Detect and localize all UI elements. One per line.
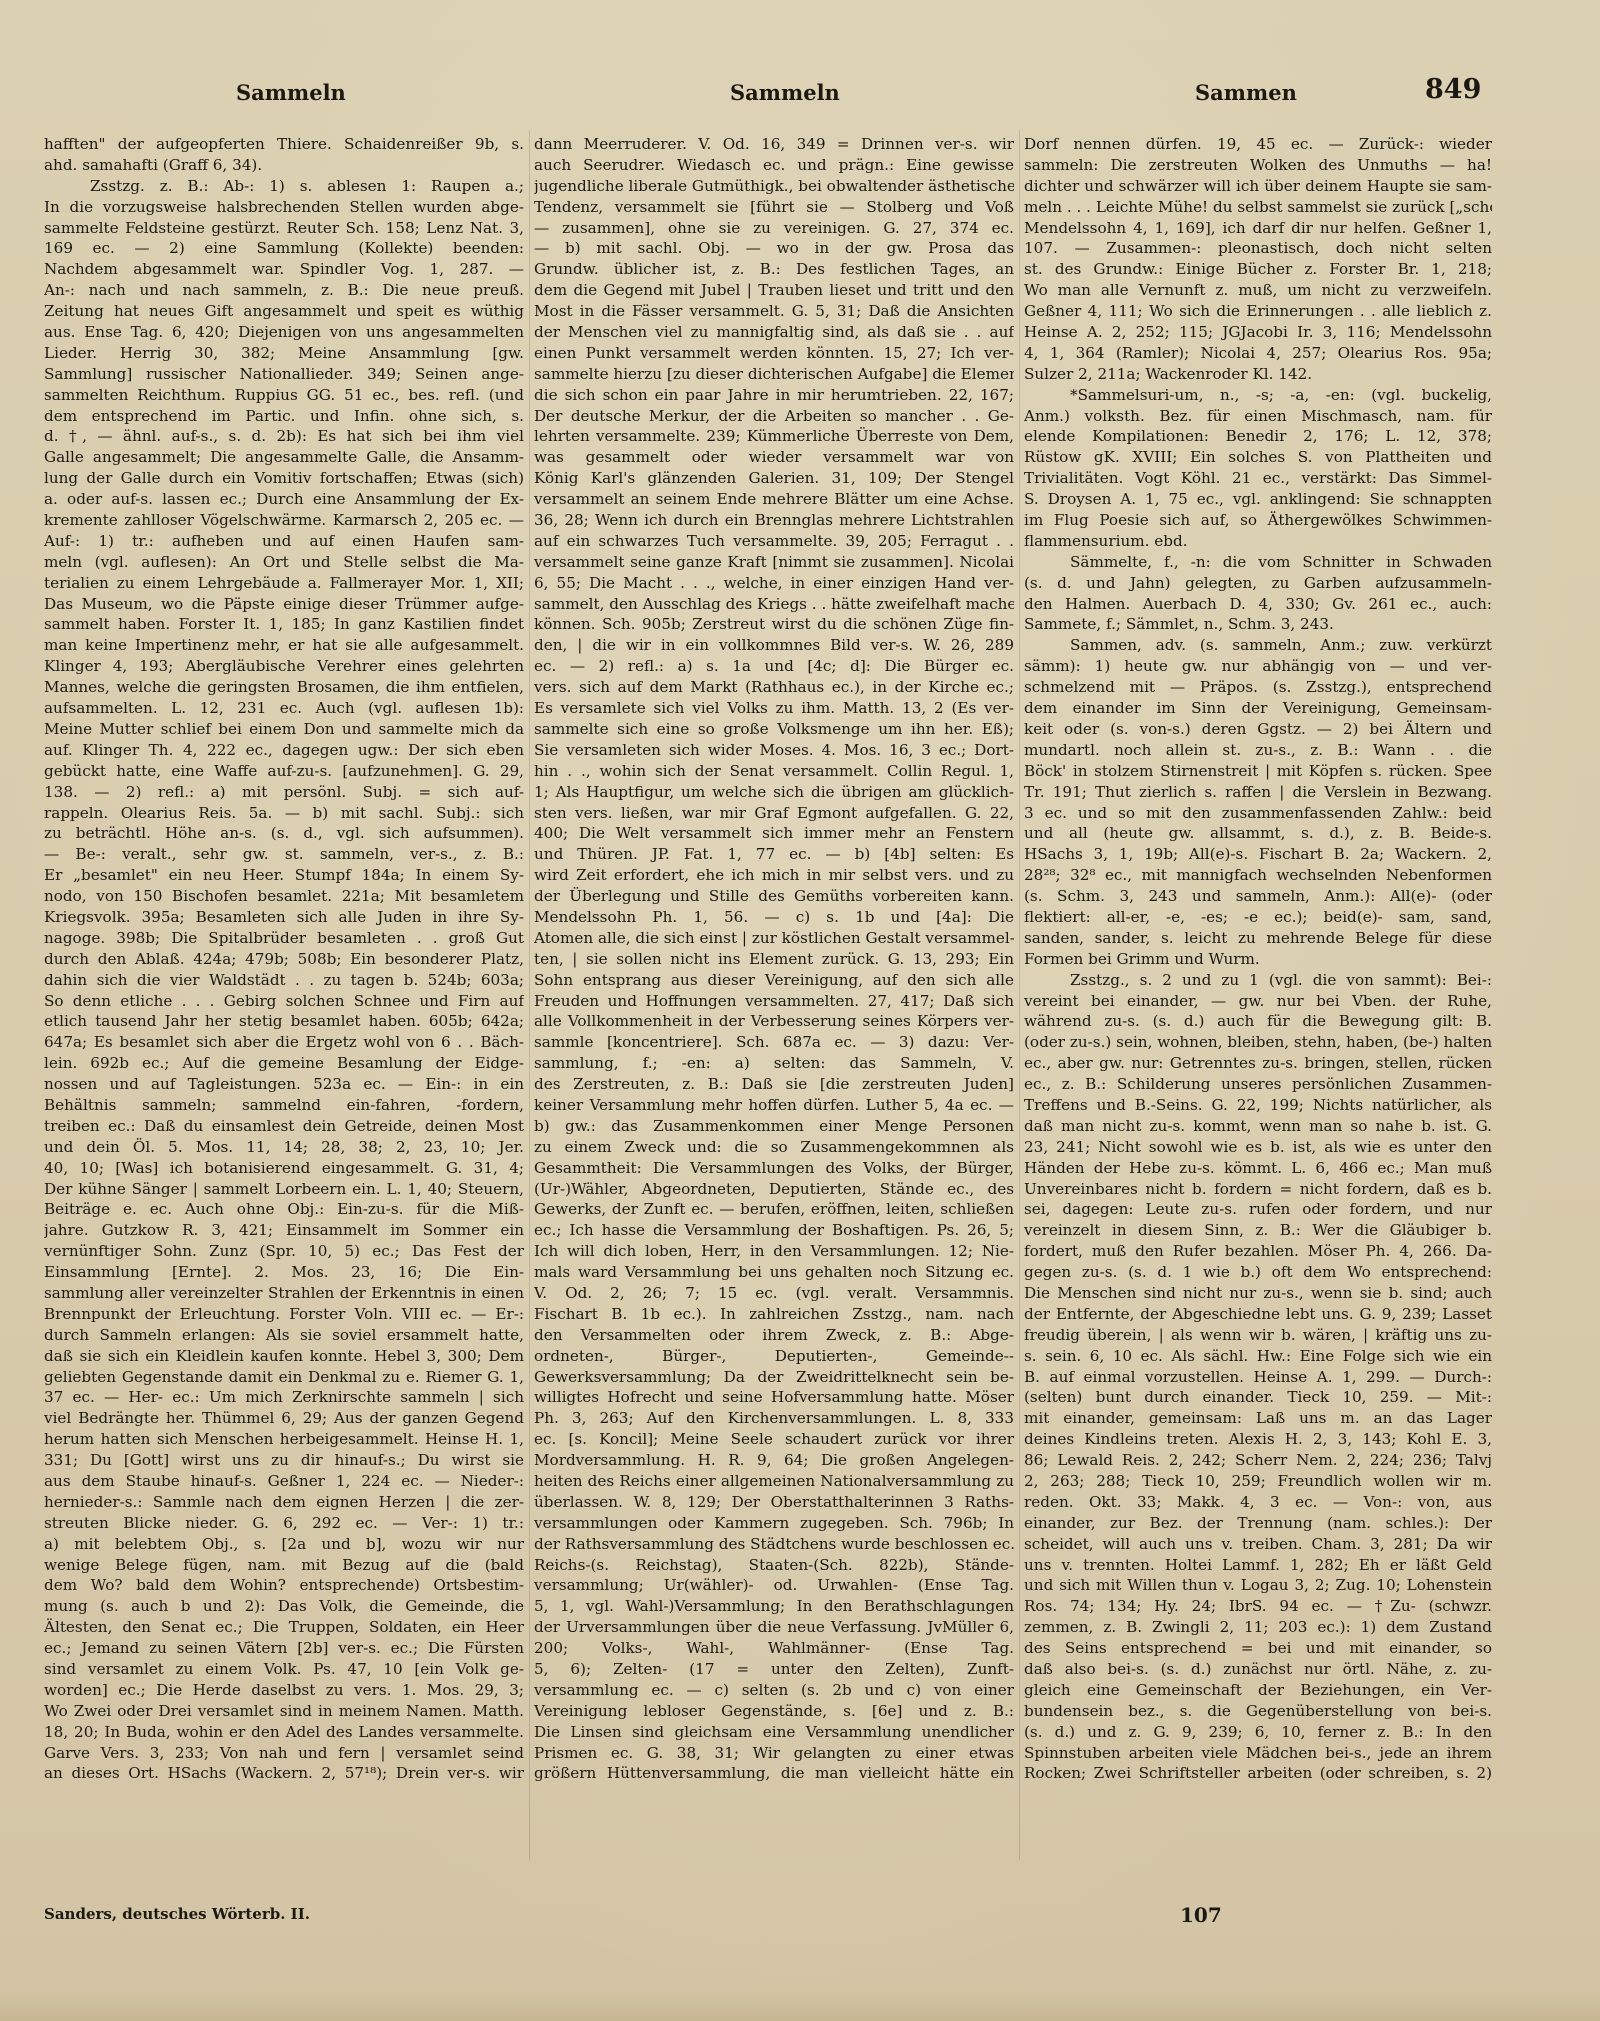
text-line: jahre. Gutzkow R. 3, 421; Einsammelt im …: [44, 1220, 524, 1241]
text-line: im Flug Poesie sich auf, so Äthergewölke…: [1024, 510, 1492, 531]
text-line: sammelte sich eine so große Volksmenge u…: [534, 719, 1014, 740]
text-line: flammensurium. ebd.: [1024, 531, 1492, 552]
text-line: versammlung ec. — c) selten (s. 2b und c…: [534, 1680, 1014, 1701]
text-line: 36, 28; Wenn ich durch ein Brennglas meh…: [534, 510, 1014, 531]
text-line: hafften" der aufgeopferten Thiere. Schai…: [44, 134, 524, 155]
text-line: Anm.) volksth. Bez. für einen Mischmasch…: [1024, 406, 1492, 427]
text-line: nodo, von 150 Bischofen besamlet. 221a; …: [44, 886, 524, 907]
text-line: flektiert: all-er, -e, -es; -e ec.); bei…: [1024, 907, 1492, 928]
text-line: streuten Blicke nieder. G. 6, 292 ec. — …: [44, 1513, 524, 1534]
text-line: Meine Mutter schlief bei einem Don und s…: [44, 719, 524, 740]
text-line: nagoge. 398b; Die Spitalbrüder besamlete…: [44, 928, 524, 949]
text-line: keit oder (s. von-s.) deren Ggstz. — 2) …: [1024, 719, 1492, 740]
text-line: Böck' in stolzem Stirnenstreit | mit Köp…: [1024, 761, 1492, 782]
text-line: *Sammelsuri-um, n., -s; -a, -en: (vgl. b…: [1024, 385, 1492, 406]
text-line: sammlung, f.; -en: a) selten: das Sammel…: [534, 1053, 1014, 1074]
text-line: Die Linsen sind gleichsam eine Versammlu…: [534, 1722, 1014, 1743]
text-line: daß also bei-s. (s. d.) zunächst nur ört…: [1024, 1659, 1492, 1680]
text-line: Most in die Fässer versammelt. G. 5, 31;…: [534, 301, 1014, 322]
text-line: aus. Ense Tag. 6, 420; Diejenigen von un…: [44, 322, 524, 343]
text-line: s. sein. 6, 10 ec. Als sächl. Hw.: Eine …: [1024, 1346, 1492, 1367]
text-line: daß sie sich ein Kleidlein kaufen konnte…: [44, 1346, 524, 1367]
text-line: die sich schon ein paar Jahre in mir her…: [534, 385, 1014, 406]
text-line: sammelte Feldsteine gestürzt. Reuter Sch…: [44, 218, 524, 239]
text-line: Auf-: 1) tr.: aufheben und auf einen Hau…: [44, 531, 524, 552]
text-line: viel Bedrängte her. Thümmel 6, 29; Aus d…: [44, 1408, 524, 1429]
text-line: lein. 692b ec.; Auf die gemeine Besamlun…: [44, 1053, 524, 1074]
text-line: auch Seerudrer. Wiedasch ec. und prägn.:…: [534, 155, 1014, 176]
text-line: Zsstzg. z. B.: Ab-: 1) s. ablesen 1: Rau…: [44, 176, 524, 197]
text-line: Grundw. üblicher ist, z. B.: Des festlic…: [534, 259, 1014, 280]
text-line: Das Museum, wo die Päpste einige dieser …: [44, 594, 524, 615]
text-line: freudig überein, | als wenn wir b. wären…: [1024, 1325, 1492, 1346]
text-line: S. Droysen A. 1, 75 ec., vgl. anklingend…: [1024, 489, 1492, 510]
text-line: Gesammtheit: Die Versammlungen des Volks…: [534, 1158, 1014, 1179]
text-line: d. †, — ähnl. auf-s., s. d. 2b): Es hat …: [44, 426, 524, 447]
text-line: Garve Vers. 3, 233; Von nah und fern | v…: [44, 1743, 524, 1764]
text-line: willigtes Hofrecht und seine Hofversamml…: [534, 1387, 1014, 1408]
text-line: herum hatten sich Menschen herbeigesamme…: [44, 1429, 524, 1450]
text-line: Behältnis sammeln; sammelnd ein-fahren, …: [44, 1095, 524, 1116]
text-line: hin . ., wohin sich der Senat versammelt…: [534, 761, 1014, 782]
text-line: Wo Zwei oder Drei versamlet sind in mein…: [44, 1701, 524, 1722]
text-line: aufsammelten. L. 12, 231 ec. Auch (vgl. …: [44, 698, 524, 719]
text-line: mung (s. auch b und 2): Das Volk, die Ge…: [44, 1596, 524, 1617]
text-line: meln (vgl. auflesen): An Ort und Stelle …: [44, 552, 524, 573]
text-line: und all (heute gw. allsammt, s. d.), z. …: [1024, 823, 1492, 844]
text-line: was gesammelt oder wieder versammelt war…: [534, 447, 1014, 468]
text-line: Der deutsche Merkur, der die Arbeiten so…: [534, 406, 1014, 427]
text-line: aus dem Staube hinauf-s. Geßner 1, 224 e…: [44, 1471, 524, 1492]
text-line: meln . . . Leichte Mühe! du selbst samme…: [1024, 197, 1492, 218]
text-line: 2, 263; 288; Tieck 10, 259; Freundlich w…: [1024, 1471, 1492, 1492]
text-line: sammelt, den Ausschlag des Kriegs . . hä…: [534, 594, 1014, 615]
text-line: Kriegsvolk. 395a; Besamleten sich alle J…: [44, 907, 524, 928]
text-line: alle Vollkommenheit in der Verbesserung …: [534, 1011, 1014, 1032]
text-line: Trivialitäten. Vogt Köhl. 21 ec., verstä…: [1024, 468, 1492, 489]
text-line: ec.; Jemand zu seinen Vätern [2b] ver-s.…: [44, 1638, 524, 1659]
text-line: Ros. 74; 134; Hy. 24; IbrS. 94 ec. — †Zu…: [1024, 1596, 1492, 1617]
text-line: Einsammlung [Ernte]. 2. Mos. 23, 16; Die…: [44, 1262, 524, 1283]
text-line: ec., aber gw. nur: Getrenntes zu-s. brin…: [1024, 1053, 1492, 1074]
text-line: Ältesten, den Senat ec.; Die Truppen, So…: [44, 1617, 524, 1638]
text-column-3: Dorf nennen dürfen. 19, 45 ec. — Zurück-…: [1024, 134, 1492, 1784]
text-line: Die Menschen sind nicht nur zu-s., wenn …: [1024, 1283, 1492, 1304]
text-line: Rüstow gK. XVIII; Ein solches S. von Pla…: [1024, 447, 1492, 468]
text-line: sei, dagegen: Leute zu-s. rufen oder for…: [1024, 1199, 1492, 1220]
text-line: des Seins entsprechend = bei und mit ein…: [1024, 1638, 1492, 1659]
text-line: Es versamlete sich viel Volks zu ihm. Ma…: [534, 698, 1014, 719]
text-line: Sammlung] russischer Nationallieder. 349…: [44, 364, 524, 385]
text-line: Spinnstuben arbeiten viele Mädchen bei-s…: [1024, 1743, 1492, 1764]
text-line: und dein Öl. 5. Mos. 11, 14; 28, 38; 2, …: [44, 1137, 524, 1158]
text-line: — b) mit sachl. Obj. — wo in der gw. Pro…: [534, 238, 1014, 259]
text-line: und sich mit Willen thun v. Logau 3, 2; …: [1024, 1575, 1492, 1596]
text-line: ten, | sie sollen nicht ins Element zurü…: [534, 949, 1014, 970]
text-line: (selten) bunt durch einander. Tieck 10, …: [1024, 1387, 1492, 1408]
text-line: heiten des Reichs einer allgemeinen Nati…: [534, 1471, 1014, 1492]
text-line: Geßner 4, 111; Wo sich die Erinnerungen …: [1024, 301, 1492, 322]
text-line: B. auf einmal vorzustellen. Heinse A. 1,…: [1024, 1367, 1492, 1388]
text-line: Beiträge e. ec. Auch ohne Obj.: Ein-zu-s…: [44, 1199, 524, 1220]
text-line: Freuden und Hoffnungen versammelten. 27,…: [534, 991, 1014, 1012]
text-line: können. Sch. 905b; Zerstreut wirst du di…: [534, 614, 1014, 635]
text-line: Tr. 191; Thut zierlich s. raffen | die V…: [1024, 782, 1492, 803]
text-line: 400; Die Welt versammelt sich immer mehr…: [534, 823, 1014, 844]
text-line: 169 ec. — 2) eine Sammlung (Kollekte) be…: [44, 238, 524, 259]
page-number: 849: [1425, 74, 1481, 105]
text-line: V. Od. 2, 26; 7; 15 ec. (vgl. veralt. Ve…: [534, 1283, 1014, 1304]
text-line: 138. — 2) refl.: a) mit persönl. Subj. =…: [44, 782, 524, 803]
text-line: 5, 6); Zelten- (17 = unter den Zelten), …: [534, 1659, 1014, 1680]
text-line: Sämmelte, f., -n: die vom Schnitter in S…: [1024, 552, 1492, 573]
text-line: fordert, muß den Rufer bezahlen. Möser P…: [1024, 1241, 1492, 1262]
text-line: vereinzelt in diesem Sinn, z. B.: Wer di…: [1024, 1220, 1492, 1241]
text-line: mit einander, gemeinsam: Laß uns m. an d…: [1024, 1408, 1492, 1429]
text-line: sammelt haben. Forster It. 1, 185; In ga…: [44, 614, 524, 635]
text-line: Mordversammlung. H. R. 9, 64; Die großen…: [534, 1450, 1014, 1471]
text-line: versammelt seine ganze Kraft [nimmt sie …: [534, 552, 1014, 573]
text-line: vereint bei einander, — gw. nur bei Vben…: [1024, 991, 1492, 1012]
text-line: vers. sich auf dem Markt (Rathhaus ec.),…: [534, 677, 1014, 698]
text-line: Mendelssohn 4, 1, 169], ich darf dir nur…: [1024, 218, 1492, 239]
text-line: wird Zeit erfordert, ehe ich mich in mir…: [534, 865, 1014, 886]
text-line: (Ur-)Wähler, Abgeordneten, Deputierten, …: [534, 1179, 1014, 1200]
text-line: dichter und schwärzer will ich über dein…: [1024, 176, 1492, 197]
text-line: größern Hüttenversammlung, die man viell…: [534, 1763, 1014, 1784]
column-divider: [529, 130, 530, 1860]
text-line: der Rathsversammlung des Städtchens wurd…: [534, 1534, 1014, 1555]
text-line: gegen zu-s. (s. d. 1 wie b.) oft dem Wo …: [1024, 1262, 1492, 1283]
text-line: Rocken; Zwei Schriftsteller arbeiten (od…: [1024, 1763, 1492, 1784]
text-line: Gewerksversammlung; Da der Zweidrittelkn…: [534, 1367, 1014, 1388]
text-line: sammeln: Die zerstreuten Wolken des Unmu…: [1024, 155, 1492, 176]
footer-imprint: Sanders, deutsches Wörterb. II.: [44, 1905, 310, 1923]
text-line: st. des Grundw.: Einige Bücher z. Forste…: [1024, 259, 1492, 280]
text-line: Heinse A. 2, 252; 115; JGJacobi Ir. 3, 1…: [1024, 322, 1492, 343]
text-line: dem einander im Sinn der Vereinigung, Ge…: [1024, 698, 1492, 719]
text-line: Klinger 4, 193; Abergläubische Verehrer …: [44, 656, 524, 677]
text-line: Ich will dich loben, Herr, in den Versam…: [534, 1241, 1014, 1262]
text-line: 28²⁸; 32⁸ ec., mit mannigfach wechselnde…: [1024, 865, 1492, 886]
text-line: terialien zu einem Lehrgebäude a. Fallme…: [44, 573, 524, 594]
text-line: Wo man alle Vernunft z. muß, um nicht zu…: [1024, 280, 1492, 301]
text-line: Händen der Hebe zu-s. kömmt. L. 6, 466 e…: [1024, 1158, 1492, 1179]
text-line: durch Sammeln erlangen: Als sie soviel e…: [44, 1325, 524, 1346]
text-line: Er „besamlet" ein neu Heer. Stumpf 184a;…: [44, 865, 524, 886]
text-line: (oder zu-s.) sein, wohnen, bleiben, steh…: [1024, 1032, 1492, 1053]
text-line: geliebten Gegenstande damit ein Denkmal …: [44, 1367, 524, 1388]
text-line: Tendenz, versammelt sie [führt sie — Sto…: [534, 197, 1014, 218]
text-line: Mannes, welche die geringsten Brosamen, …: [44, 677, 524, 698]
text-line: — Be-: veralt., sehr gw. st. sammeln, ve…: [44, 844, 524, 865]
text-line: lung der Galle durch ein Vomitiv fortsch…: [44, 468, 524, 489]
text-line: der Menschen viel zu mannigfaltig sind, …: [534, 322, 1014, 343]
text-line: dahin sich die vier Waldstädt . . zu tag…: [44, 970, 524, 991]
text-line: dann Meerruderer. V. Od. 16, 349 = Drinn…: [534, 134, 1014, 155]
text-line: ec.; Ich hasse die Versammlung der Bosha…: [534, 1220, 1014, 1241]
header-center-catchword: Sammeln: [730, 80, 840, 105]
text-line: Sie versamleten sich wider Moses. 4. Mos…: [534, 740, 1014, 761]
text-line: des Zerstreuten, z. B.: Daß sie [die zer…: [534, 1074, 1014, 1095]
text-line: dem Wo? bald dem Wohin? entsprechende) O…: [44, 1575, 524, 1596]
text-line: Sammen, adv. (s. sammeln, Anm.; zuw. ver…: [1024, 635, 1492, 656]
header-left-catchword: Sammeln: [236, 80, 346, 105]
text-line: 40, 10; [Was] ich botanisierend eingesam…: [44, 1158, 524, 1179]
text-line: ordneten-, Bürger-, Deputierten-, Gemein…: [534, 1346, 1014, 1367]
text-line: nossen und auf Tagleistungen. 523a ec. —…: [44, 1074, 524, 1095]
text-line: scheidet, will auch uns v. treiben. Cham…: [1024, 1534, 1492, 1555]
text-line: Prismen ec. G. 38, 31; Wir gelangten zu …: [534, 1743, 1014, 1764]
text-line: (s. d. und Jahn) gelegten, zu Garben auf…: [1024, 573, 1492, 594]
text-column-1: hafften" der aufgeopferten Thiere. Schai…: [44, 134, 524, 1784]
text-line: ec. [s. Koncil]; Meine Seele schaudert z…: [534, 1429, 1014, 1450]
text-line: Sohn entsprang aus dieser Vereinigung, a…: [534, 970, 1014, 991]
page-edge-shading: [0, 1990, 1600, 2021]
text-line: Gewerks, der Zunft ec. — berufen, eröffn…: [534, 1199, 1014, 1220]
text-line: Atomen alle, die sich einst | zur köstli…: [534, 928, 1014, 949]
text-line: — zusammen], ohne sie zu vereinigen. G. …: [534, 218, 1014, 239]
text-line: vernünftiger Sohn. Zunz (Spr. 10, 5) ec.…: [44, 1241, 524, 1262]
header-right-catchword: Sammen: [1195, 80, 1297, 105]
text-line: an dieses Ort. HSachs (Wackern. 2, 57¹⁸)…: [44, 1763, 524, 1784]
text-line: der Überlegung und Stille des Gemüths vo…: [534, 886, 1014, 907]
text-line: der Urversammlungen über die neue Verfas…: [534, 1617, 1014, 1638]
text-line: Vereinigung lebloser Gegenstände, s. [6e…: [534, 1701, 1014, 1722]
text-line: Ph. 3, 263; Auf den Kirchenversammlungen…: [534, 1408, 1014, 1429]
text-line: den Versammelten oder ihrem Zweck, z. B.…: [534, 1325, 1014, 1346]
text-line: und Thüren. JP. Fat. 1, 77 ec. — b) [4b]…: [534, 844, 1014, 865]
text-line: dem die Gegend mit Jubel | Trauben liese…: [534, 280, 1014, 301]
text-line: Fischart B. 1b ec.). In zahlreichen Zsst…: [534, 1304, 1014, 1325]
text-column-2: dann Meerruderer. V. Od. 16, 349 = Drinn…: [534, 134, 1014, 1784]
text-line: a. oder auf-s. lassen ec.; Durch eine An…: [44, 489, 524, 510]
text-line: Der kühne Sänger | sammelt Lorbeern ein.…: [44, 1179, 524, 1200]
text-line: zemmen, z. B. Zwingli 2, 11; 203 ec.): 1…: [1024, 1617, 1492, 1638]
text-line: lehrten versammelte. 239; Kümmerliche Üb…: [534, 426, 1014, 447]
text-line: während zu-s. (s. d.) auch für die Beweg…: [1024, 1011, 1492, 1032]
text-line: Reichs-(s. Reichstag), Staaten-(Sch. 822…: [534, 1555, 1014, 1576]
text-line: Treffens und B.-Seins. G. 22, 199; Nicht…: [1024, 1095, 1492, 1116]
text-line: sammle [koncentriere]. Sch. 687a ec. — 3…: [534, 1032, 1014, 1053]
text-line: Mendelssohn Ph. 1, 56. — c) s. 1b und [4…: [534, 907, 1014, 928]
text-line: keiner Versammlung mehr hoffen dürfen. L…: [534, 1095, 1014, 1116]
text-line: ec., z. B.: Schilderung unseres persönli…: [1024, 1074, 1492, 1095]
text-line: uns v. trennten. Holtei Lammf. 1, 282; E…: [1024, 1555, 1492, 1576]
text-line: jugendliche liberale Gutmüthigk., bei ob…: [534, 176, 1014, 197]
text-line: schmelzend mit — Präpos. (s. Zsstzg.), e…: [1024, 677, 1492, 698]
text-line: So denn etliche . . . Gebirg solchen Sch…: [44, 991, 524, 1012]
text-line: bundensein bez., s. die Gegenüberstellun…: [1024, 1701, 1492, 1722]
text-line: Nachdem abgesammelt war. Spindler Vog. 1…: [44, 259, 524, 280]
text-line: 23, 241; Nicht sowohl wie es b. ist, als…: [1024, 1137, 1492, 1158]
text-line: (s. Schm. 3, 243 und sammeln, Anm.): All…: [1024, 886, 1492, 907]
text-line: überlassen. W. 8, 129; Der Oberstatthalt…: [534, 1492, 1014, 1513]
running-header: Sammeln Sammeln Sammen 849: [0, 80, 1600, 120]
text-line: 331; Du [Gott] wirst uns zu dir hinauf-s…: [44, 1450, 524, 1471]
text-line: ahd. samahafti (Graff 6, 34).: [44, 155, 524, 176]
text-line: 4, 1, 364 (Ramler); Nicolai 4, 257; Olea…: [1024, 343, 1492, 364]
text-line: sammelte hierzu [zu dieser dichterischen…: [534, 364, 1014, 385]
text-line: 18, 20; In Buda, wohin er den Adel des L…: [44, 1722, 524, 1743]
text-line: König Karl's glänzenden Galerien. 31, 10…: [534, 468, 1014, 489]
text-line: 6, 55; Die Macht . . ., welche, in einer…: [534, 573, 1014, 594]
text-line: Zsstzg., s. 2 und zu 1 (vgl. die von sam…: [1024, 970, 1492, 991]
text-line: man keine Impertinenz mehr, er hat sie a…: [44, 635, 524, 656]
column-divider: [1019, 130, 1020, 1860]
text-line: gebückt hatte, eine Waffe auf-zu-s. [auf…: [44, 761, 524, 782]
text-line: b) gw.: das Zusammenkommen einer Menge P…: [534, 1116, 1014, 1137]
text-line: sammelten Reichthum. Ruppius GG. 51 ec.,…: [44, 385, 524, 406]
text-line: 3 ec. und so mit den zusammenfassenden Z…: [1024, 803, 1492, 824]
text-line: worden] ec.; Die Herde daselbst zu vers.…: [44, 1680, 524, 1701]
text-line: sanden, sander, s. leicht zu mehrende Be…: [1024, 928, 1492, 949]
text-line: 37 ec. — Her- ec.: Um mich Zerknirschte …: [44, 1387, 524, 1408]
text-line: (s. d.) und z. G. 9, 239; 6, 10, ferner …: [1024, 1722, 1492, 1743]
text-line: sten vers. ließen, war mir Graf Egmont a…: [534, 803, 1014, 824]
text-line: gleich eine Gemeinschaft der Beziehungen…: [1024, 1680, 1492, 1701]
text-line: 1; Als Hauptfigur, um welche sich die üb…: [534, 782, 1014, 803]
text-line: reden. Okt. 33; Makk. 4, 3 ec. — Von-: v…: [1024, 1492, 1492, 1513]
text-line: rappeln. Olearius Reis. 5a. — b) mit sac…: [44, 803, 524, 824]
text-line: sämm): 1) heute gw. nur abhängig von — u…: [1024, 656, 1492, 677]
text-line: 107. — Zusammen-: pleonastisch, doch nic…: [1024, 238, 1492, 259]
text-line: auf. Klinger Th. 4, 222 ec., dagegen ugw…: [44, 740, 524, 761]
text-line: 86; Lewald Reis. 2, 242; Scherr Nem. 2, …: [1024, 1450, 1492, 1471]
text-line: den, | die wir in ein vollkommnes Bild v…: [534, 635, 1014, 656]
text-line: Unvereinbares nicht b. fordern = nicht f…: [1024, 1179, 1492, 1200]
text-line: sind versamlet zu einem Volk. Ps. 47, 10…: [44, 1659, 524, 1680]
text-line: zu beträchtl. Höhe an-s. (s. d., vgl. si…: [44, 823, 524, 844]
text-line: Dorf nennen dürfen. 19, 45 ec. — Zurück-…: [1024, 134, 1492, 155]
text-line: versammlung; Ur(wähler)- od. Urwahlen- (…: [534, 1575, 1014, 1596]
text-line: deines Kindleins treten. Alexis H. 2, 3,…: [1024, 1429, 1492, 1450]
text-line: sammlung aller vereinzelter Strahlen der…: [44, 1283, 524, 1304]
text-line: mals ward Versammlung bei uns gehalten n…: [534, 1262, 1014, 1283]
text-line: wenige Belege fügen, nam. mit Bezug auf …: [44, 1555, 524, 1576]
text-line: der Entfernte, der Abgeschiedne lebt uns…: [1024, 1304, 1492, 1325]
text-line: Galle angesammelt; Die angesammelte Gall…: [44, 447, 524, 468]
text-line: a) mit belebtem Obj., s. [2a und b], woz…: [44, 1534, 524, 1555]
text-line: einen Punkt versammelt werden könnten. 1…: [534, 343, 1014, 364]
text-line: hernieder-s.: Sammle nach dem eignen Her…: [44, 1492, 524, 1513]
text-line: Zeitung hat neues Gift angesammelt und s…: [44, 301, 524, 322]
text-line: den Halmen. Auerbach D. 4, 330; Gv. 261 …: [1024, 594, 1492, 615]
text-line: 200; Volks-, Wahl-, Wahlmänner- (Ense Ta…: [534, 1638, 1014, 1659]
text-line: An-: nach und nach sammeln, z. B.: Die n…: [44, 280, 524, 301]
text-line: zu einem Zweck und: die so Zusammengekom…: [534, 1137, 1014, 1158]
text-line: auf ein schwarzes Tuch versammelte. 39, …: [534, 531, 1014, 552]
text-line: treiben ec.: Daß du einsamlest dein Getr…: [44, 1116, 524, 1137]
text-line: Brennpunkt der Erleuchtung. Forster Voln…: [44, 1304, 524, 1325]
text-line: durch den Ablaß. 424a; 479b; 508b; Ein b…: [44, 949, 524, 970]
text-line: versammelt an seinem Ende mehrere Blätte…: [534, 489, 1014, 510]
text-line: 647a; Es besamlet sich aber die Ergetz w…: [44, 1032, 524, 1053]
text-line: einander, zur Bez. der Trennung (nam. sc…: [1024, 1513, 1492, 1534]
text-line: elende Kompilationen: Benedir 2, 176; L.…: [1024, 426, 1492, 447]
text-line: versammlungen oder Kammern zugegeben. Sc…: [534, 1513, 1014, 1534]
text-line: 5, 1, vgl. Wahl-)Versammlung; In den Ber…: [534, 1596, 1014, 1617]
text-line: dem entsprechend im Partic. und Infin. o…: [44, 406, 524, 427]
text-line: Lieder. Herrig 30, 382; Meine Ansammlung…: [44, 343, 524, 364]
text-line: ec. — 2) refl.: a) s. 1a und [4c; d]: Di…: [534, 656, 1014, 677]
dictionary-page: Sammeln Sammeln Sammen 849 hafften" der …: [0, 0, 1600, 2021]
sheet-signature: 107: [1180, 1903, 1222, 1927]
text-line: kremente zahlloser Vögelschwärme. Karmar…: [44, 510, 524, 531]
text-line: mundartl. noch allein st. zu-s., z. B.: …: [1024, 740, 1492, 761]
text-line: HSachs 3, 1, 19b; All(e)-s. Fischart B. …: [1024, 844, 1492, 865]
text-line: Formen bei Grimm und Wurm.: [1024, 949, 1492, 970]
text-line: Sulzer 2, 211a; Wackenroder Kl. 142.: [1024, 364, 1492, 385]
text-line: daß man nicht zu-s. kommt, wenn man so n…: [1024, 1116, 1492, 1137]
text-line: In die vorzugsweise halsbrechenden Stell…: [44, 197, 524, 218]
text-line: etlich tausend Jahr her stetig besamlet …: [44, 1011, 524, 1032]
text-line: Sammete, f.; Sämmlet, n., Schm. 3, 243.: [1024, 614, 1492, 635]
